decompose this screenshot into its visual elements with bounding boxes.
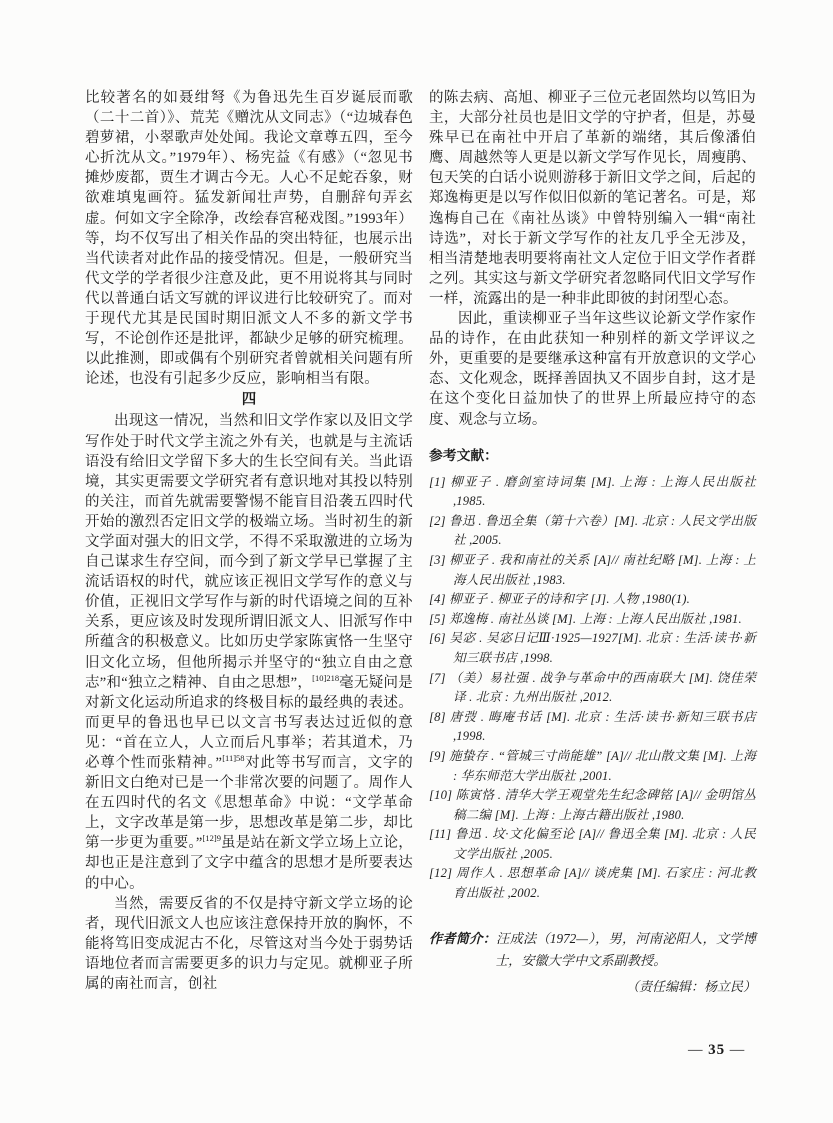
page-number: — 35 — <box>688 1042 745 1059</box>
citation-superscript: [11]58 <box>222 753 244 763</box>
reference-id: [11] <box>429 827 451 841</box>
citation-superscript: [12]9 <box>203 834 221 844</box>
paragraph: 出现这一情况，当然和旧文学作家以及旧文学写作处于时代文学主流之外有关，也就是与主… <box>85 411 413 893</box>
reference-id: [6] <box>429 631 446 645</box>
paragraph: 因此，重读柳亚子当年这些议论新文学作家作品的诗作，在由此获知一种别样的新文学评议… <box>429 309 756 430</box>
reference-text: 鲁迅 . 坟·文化偏至论 [A]// 鲁迅全集 [M]. 北京 : 人民文学出版… <box>453 827 756 861</box>
reference-item: [4] 柳亚子 . 柳亚子的诗和字 [J]. 人物 ,1980(1). <box>429 590 756 610</box>
author-bio: 作者简介：汪成法（1972—），男，河南泌阳人，文学博士，安徽大学中文系副教授。 <box>429 928 756 972</box>
reference-item: [8] 唐弢 . 晦庵书话 [M]. 北京 : 生活·读书·新知三联书店 ,19… <box>429 708 756 747</box>
journal-page: 比较著名的如聂绀弩《为鲁迅先生百岁诞辰而歌（二十二首）》、荒芜《赠沈从文同志》（… <box>0 0 833 1123</box>
editor-note: （责任编辑：杨立民） <box>429 976 756 998</box>
reference-text: 唐弢 . 晦庵书话 [M]. 北京 : 生活·读书·新知三联书店 ,1998. <box>450 710 756 744</box>
reference-item: [9] 施蛰存 . “管城三寸尚能雄” [A]// 北山散文集 [M]. 上海 … <box>429 747 756 786</box>
reference-id: [10] <box>429 788 452 802</box>
author-bio-label: 作者简介： <box>429 931 496 946</box>
paragraph-continuation: 比较著名的如聂绀弩《为鲁迅先生百岁诞辰而歌（二十二首）》、荒芜《赠沈从文同志》（… <box>85 88 413 389</box>
author-bio-text: 汪成法（1972—），男，河南泌阳人，文学博士，安徽大学中文系副教授。 <box>495 931 756 968</box>
section-heading: 四 <box>85 390 413 410</box>
reference-item: [7] （美）易社强 . 战争与革命中的西南联大 [M]. 饶佳荣译 . 北京 … <box>429 669 756 708</box>
reference-item: [6] 吴宓 . 吴宓日记Ⅲ·1925—1927[M]. 北京 : 生活·读书·… <box>429 629 756 668</box>
reference-item: [11] 鲁迅 . 坟·文化偏至论 [A]// 鲁迅全集 [M]. 北京 : 人… <box>429 825 756 864</box>
reference-id: [9] <box>429 749 446 763</box>
reference-text: 郑逸梅 . 南社丛谈 [M]. 上海 : 上海人民出版社 ,1981. <box>449 612 742 626</box>
reference-id: [3] <box>429 553 446 567</box>
reference-id: [7] <box>429 671 446 685</box>
reference-id: [5] <box>429 612 446 626</box>
paragraph: 当然，需要反省的不仅是持守新文学立场的论者，现代旧派文人也应该注意保持开放的胸怀… <box>85 894 413 994</box>
citation-superscript: [10]218 <box>312 673 339 683</box>
paragraph-text: 出现这一情况，当然和旧文学作家以及旧文学写作处于时代文学主流之外有关，也就是与主… <box>85 413 413 690</box>
page-number-dash-right: — <box>730 1042 746 1058</box>
reference-id: [1] <box>429 475 446 489</box>
reference-text: 柳亚子 . 柳亚子的诗和字 [J]. 人物 ,1980(1). <box>449 592 690 606</box>
reference-item: [1] 柳亚子 . 磨剑室诗词集 [M]. 上海 : 上海人民出版社 ,1985… <box>429 473 756 512</box>
reference-text: 柳亚子 . 磨剑室诗词集 [M]. 上海 : 上海人民出版社 ,1985. <box>450 475 756 509</box>
page-number-value: 35 <box>708 1042 725 1058</box>
paragraph-continuation: 的陈去病、高旭、柳亚子三位元老固然均以笃旧为主，大部分社员也是旧文学的守护者，但… <box>429 88 756 309</box>
references-heading: 参考文献： <box>429 446 756 466</box>
reference-item: [10] 陈寅恪 . 清华大学王观堂先生纪念碑铭 [A]// 金明馆丛稿二编 [… <box>429 786 756 825</box>
reference-text: （美）易社强 . 战争与革命中的西南联大 [M]. 饶佳荣译 . 北京 : 九州… <box>449 671 756 705</box>
right-column: 的陈去病、高旭、柳亚子三位元老固然均以笃旧为主，大部分社员也是旧文学的守护者，但… <box>429 88 756 998</box>
page-number-dash-left: — <box>688 1042 704 1058</box>
reference-text: 陈寅恪 . 清华大学王观堂先生纪念碑铭 [A]// 金明馆丛稿二编 [M]. 上… <box>453 788 756 822</box>
left-column: 比较著名的如聂绀弩《为鲁迅先生百岁诞辰而歌（二十二首）》、荒芜《赠沈从文同志》（… <box>85 88 413 994</box>
references-list: [1] 柳亚子 . 磨剑室诗词集 [M]. 上海 : 上海人民出版社 ,1985… <box>429 473 756 904</box>
reference-id: [4] <box>429 592 446 606</box>
reference-text: 鲁迅 . 鲁迅全集（第十六卷）[M]. 北京 : 人民文学出版社 ,2005. <box>449 514 756 548</box>
reference-id: [12] <box>429 866 452 880</box>
reference-item: [2] 鲁迅 . 鲁迅全集（第十六卷）[M]. 北京 : 人民文学出版社 ,20… <box>429 512 756 551</box>
reference-text: 周作人 . 思想革命 [A]// 谈虎集 [M]. 石家庄 : 河北教育出版社 … <box>453 866 756 900</box>
reference-id: [8] <box>429 710 446 724</box>
reference-text: 施蛰存 . “管城三寸尚能雄” [A]// 北山散文集 [M]. 上海 : 华东… <box>449 749 756 783</box>
reference-item: [5] 郑逸梅 . 南社丛谈 [M]. 上海 : 上海人民出版社 ,1981. <box>429 610 756 630</box>
reference-text: 柳亚子 . 我和南社的关系 [A]// 南社纪略 [M]. 上海 : 上海人民出… <box>449 553 756 587</box>
reference-text: 吴宓 . 吴宓日记Ⅲ·1925—1927[M]. 北京 : 生活·读书·新知三联… <box>449 631 756 665</box>
reference-item: [3] 柳亚子 . 我和南社的关系 [A]// 南社纪略 [M]. 上海 : 上… <box>429 551 756 590</box>
reference-id: [2] <box>429 514 446 528</box>
reference-item: [12] 周作人 . 思想革命 [A]// 谈虎集 [M]. 石家庄 : 河北教… <box>429 864 756 903</box>
